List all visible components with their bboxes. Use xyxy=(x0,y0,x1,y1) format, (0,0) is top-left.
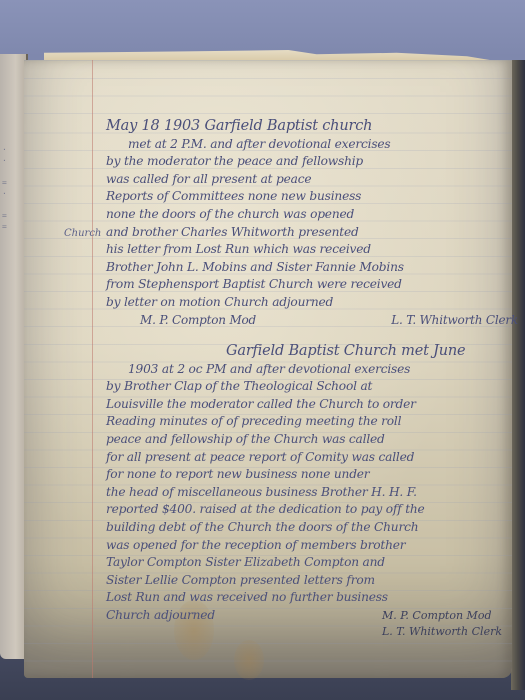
entry-1-line: was called for all present at peace xyxy=(106,171,525,189)
entry-1-line: by letter on motion Church adjourned xyxy=(106,294,525,312)
clerk-signature: L. T. Whitworth Clerk xyxy=(391,312,518,330)
facing-page-marks: ··=·== xyxy=(2,144,22,264)
moderator-signature: M. P. Compton Mod xyxy=(382,608,525,624)
entry-2-line: Sister Lellie Compton presented letters … xyxy=(106,572,525,590)
entry-2-line: Louisville the moderator called the Chur… xyxy=(106,396,525,414)
entry-1-line: his letter from Lost Run which was recei… xyxy=(106,241,525,259)
entry-1-line: met at 2 P.M. and after devotional exerc… xyxy=(106,136,525,154)
moderator-signature: M. P. Compton Mod xyxy=(106,312,256,330)
clerk-signature: L. T. Whitworth Clerk xyxy=(382,624,525,640)
water-stain xyxy=(234,640,264,680)
entry-2-line: Reading minutes of of preceding meeting … xyxy=(106,413,525,431)
entry-2-line: 1903 at 2 oc PM and after devotional exe… xyxy=(106,361,525,379)
ledger-page: Church May 18 1903 Garfield Baptist chur… xyxy=(24,60,512,678)
entry-1-heading: May 18 1903 Garfield Baptist church xyxy=(106,118,525,136)
entry-1-line: Reports of Committees none new business xyxy=(106,188,525,206)
entry-2-line: the head of miscellaneous business Broth… xyxy=(106,484,525,502)
minutes-entry-2: Garfield Baptist Church met June 1903 at… xyxy=(106,343,525,625)
entry-1-line: from Stephensport Baptist Church were re… xyxy=(106,276,525,294)
entry-2-line: Taylor Compton Sister Elizabeth Compton … xyxy=(106,554,525,572)
entry-2-line: building debt of the Church the doors of… xyxy=(106,519,525,537)
entry-1-line: by the moderator the peace and fellowshi… xyxy=(106,153,525,171)
entry-2-line: peace and fellowship of the Church was c… xyxy=(106,431,525,449)
entry-2-line: for none to report new business none und… xyxy=(106,466,525,484)
entry-2-line: by Brother Clap of the Theological Schoo… xyxy=(106,378,525,396)
entry-1-line: none the doors of the church was opened xyxy=(106,206,525,224)
entry-2-line: Lost Run and was received no further bus… xyxy=(106,589,525,607)
entry-2-signatures: M. P. Compton Mod L. T. Whitworth Clerk xyxy=(382,608,525,640)
margin-note: Church xyxy=(64,228,101,239)
entry-2-line: was opened for the reception of members … xyxy=(106,537,525,555)
entry-2-heading: Garfield Baptist Church met June xyxy=(106,343,525,361)
entry-2-line: reported $400. raised at the dedication … xyxy=(106,501,525,519)
entry-1-line: Brother John L. Mobins and Sister Fannie… xyxy=(106,259,525,277)
margin-rule xyxy=(92,60,93,678)
entry-1-signatures: M. P. Compton Mod L. T. Whitworth Clerk xyxy=(106,312,525,330)
entry-1-line: and brother Charles Whitworth presented xyxy=(106,224,525,242)
minutes-entry-1: May 18 1903 Garfield Baptist church met … xyxy=(106,118,525,329)
entry-2-line: for all present at peace report of Comit… xyxy=(106,449,525,467)
